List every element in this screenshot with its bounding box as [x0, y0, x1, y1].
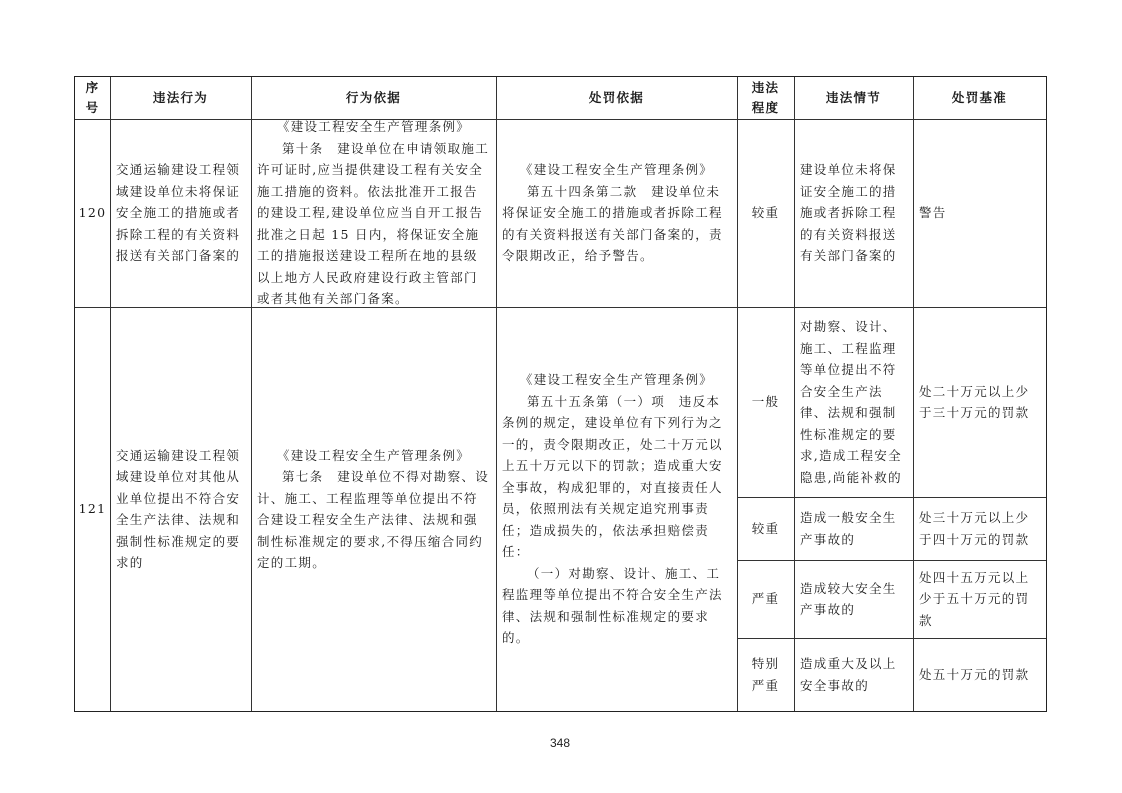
header-basis: 行为依据: [251, 77, 496, 119]
header-violation: 违法行为: [110, 77, 251, 119]
row-121-circumstance-serious: 造成一般安全生产事故的: [794, 497, 913, 560]
row-120-circumstance: 建设单位未将保证安全施工的措施或者拆除工程的有关资料报送有关部门备案的: [794, 119, 913, 307]
row-121-circumstance-general: 对勘察、设计、施工、工程监理等单位提出不符合安全生产法律、法规和强制性标准规定的…: [794, 307, 913, 497]
penalty-table: 序号 违法行为 行为依据 处罚依据 违法程度 违法情节 处罚基准 120 交通运…: [74, 76, 1047, 712]
row-120-standard: 警告: [913, 119, 1046, 307]
row-120-degree: 较重: [737, 119, 794, 307]
row-120-basis: 《建设工程安全生产管理条例》 第十条 建设单位在申请领取施工许可证时,应当提供建…: [251, 119, 496, 307]
header-seq: 序号: [75, 77, 110, 119]
header-standard: 处罚基准: [913, 77, 1046, 119]
row-121-circumstance-extreme: 造成重大及以上安全事故的: [794, 638, 913, 711]
row-121-circumstance-severe: 造成较大安全生产事故的: [794, 560, 913, 638]
row-120-violation: 交通运输建设工程领域建设单位未将保证安全施工的措施或者拆除工程的有关资料报送有关…: [110, 119, 251, 307]
row-121-standard-severe: 处四十五万元以上少于五十万元的罚款: [913, 560, 1046, 638]
row-121-basis: 《建设工程安全生产管理条例》 第七条 建设单位不得对勘察、设计、施工、工程监理等…: [251, 307, 496, 711]
row-120-seq: 120: [75, 119, 110, 307]
row-121-degree-serious: 较重: [737, 497, 794, 560]
row-121-violation: 交通运输建设工程领域建设单位对其他从业单位提出不符合安全生产法律、法规和强制性标…: [110, 307, 251, 711]
row-121-seq: 121: [75, 307, 110, 711]
row-121-standard-extreme: 处五十万元的罚款: [913, 638, 1046, 711]
header-penalty-basis: 处罚依据: [496, 77, 737, 119]
row-121-standard-general: 处二十万元以上少于三十万元的罚款: [913, 307, 1046, 497]
row-121-degree-severe: 严重: [737, 560, 794, 638]
header-circumstance: 违法情节: [794, 77, 913, 119]
page-number: 348: [540, 736, 580, 750]
row-121-degree-general: 一般: [737, 307, 794, 497]
header-degree: 违法程度: [737, 77, 794, 119]
row-121-penalty-basis: 《建设工程安全生产管理条例》 第五十五条第（一）项 违反本条例的规定，建设单位有…: [496, 307, 737, 711]
row-121-standard-serious: 处三十万元以上少于四十万元的罚款: [913, 497, 1046, 560]
row-121-degree-extreme: 特别严重: [737, 638, 794, 711]
row-120-penalty-basis: 《建设工程安全生产管理条例》 第五十四条第二款 建设单位未将保证安全施工的措施或…: [496, 119, 737, 307]
